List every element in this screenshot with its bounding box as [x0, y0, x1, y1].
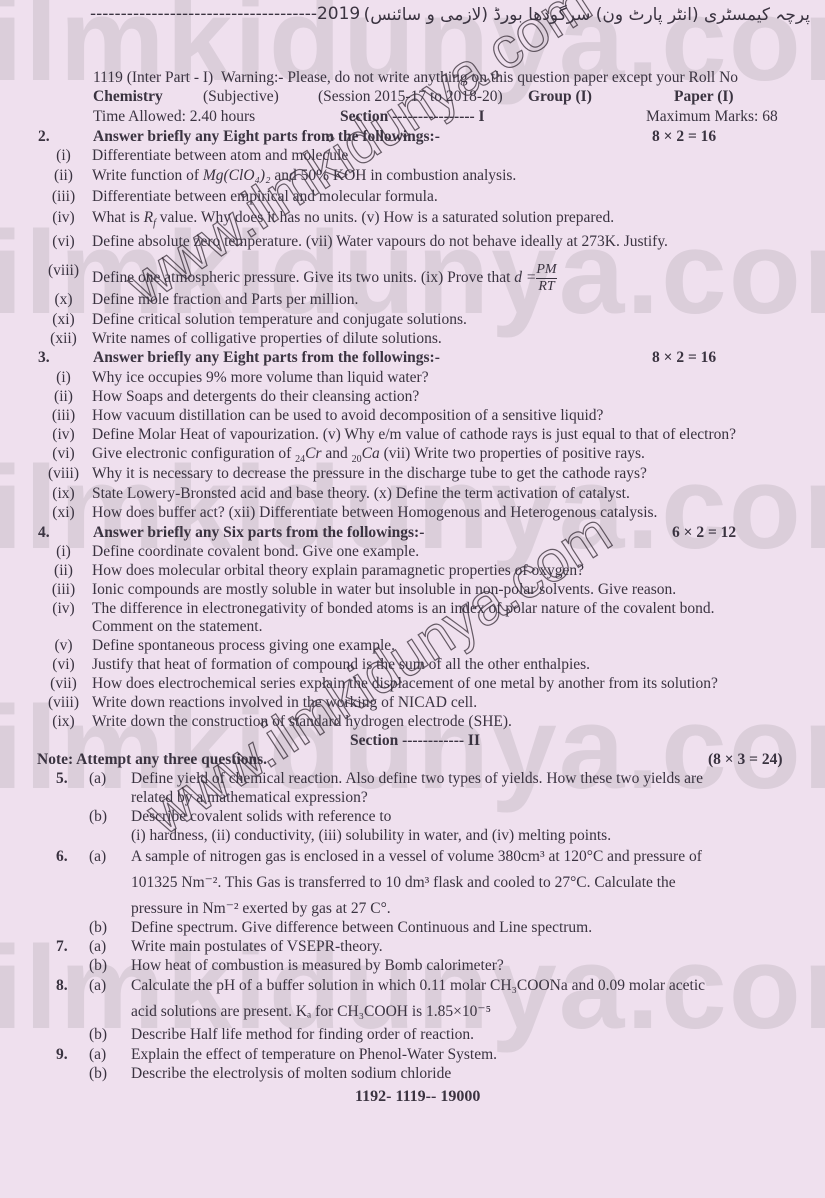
atomic-number: 24 — [295, 454, 305, 465]
section-marks: (8 × 3 = 24) — [708, 751, 783, 769]
long-part-label: (b) — [89, 1065, 107, 1083]
long-part-text: Describe Half life method for finding or… — [131, 1026, 474, 1044]
long-part-label: (b) — [89, 957, 107, 975]
long-part-text: Calculate the pH of a buffer solution in… — [131, 977, 705, 995]
part-text: Ionic compounds are mostly soluble in wa… — [92, 581, 676, 599]
question-number: 3. — [38, 349, 50, 367]
long-part-label: (a) — [89, 938, 106, 956]
part-label: (vi) — [36, 445, 91, 463]
part-label: (iii) — [36, 188, 91, 206]
long-part-text: Describe the electrolysis of molten sodi… — [131, 1065, 451, 1083]
paper-code-line: 1119 (Inter Part - I) Warning:- Please, … — [93, 69, 738, 87]
atomic-number: 20 — [352, 454, 362, 465]
long-part-label: (a) — [89, 977, 106, 995]
part-label: (xi) — [36, 504, 91, 522]
part-text: State Lowery-Bronsted acid and base theo… — [92, 485, 630, 503]
part-text: How does buffer act? (xii) Differentiate… — [92, 504, 657, 522]
part-text: Justify that heat of formation of compou… — [92, 656, 590, 674]
long-part-text: Define spectrum. Give difference between… — [131, 919, 592, 937]
part-text: Define absolute zero temperature. (vii) … — [92, 233, 668, 251]
part-label: (viii) — [36, 262, 91, 280]
paper-code: 1119 (Inter Part - I) — [93, 69, 213, 86]
long-part-label: (b) — [89, 808, 107, 826]
question-heading: Answer briefly any Eight parts from the … — [93, 349, 440, 367]
question-marks: 8 × 2 = 16 — [652, 128, 716, 146]
part-text: Write names of colligative properties of… — [92, 330, 442, 348]
part-label: (ii) — [36, 167, 91, 185]
part-text: Define critical solution temperature and… — [92, 311, 467, 329]
long-part-text: Describe covalent solids with reference … — [131, 808, 391, 826]
density-fraction: PMRT — [536, 262, 556, 295]
section-one-title: Section ---------------- I — [340, 108, 485, 126]
exam-paper-page: ilmkidunya.com ilmkidunya.com ilmkidunya… — [0, 0, 825, 1198]
part-text: Define Molar Heat of vapourization. (v) … — [92, 426, 736, 444]
long-part-label: (a) — [89, 848, 106, 866]
long-question-number: 7. — [56, 938, 68, 956]
long-part-text: related by a mathematical expression? — [131, 789, 368, 807]
question-number: 4. — [38, 524, 50, 542]
warning-text: Warning:- Please, do not write anything … — [221, 69, 738, 86]
question-heading: Answer briefly any Eight parts from the … — [93, 128, 440, 146]
part-label: (iii) — [36, 407, 91, 425]
long-part-text: acid solutions are present. Kₐ for CH₃CO… — [131, 1002, 491, 1021]
part-text: What is Rf value. Why does it has no uni… — [92, 209, 614, 229]
long-question-number: 9. — [56, 1046, 68, 1064]
part-label: (vi) — [36, 656, 91, 674]
part-text: Write function of Mg(ClO₄)₂ and 50% KOH … — [92, 167, 516, 185]
part-label: (iii) — [36, 581, 91, 599]
part-label: (vii) — [36, 675, 91, 693]
element-symbol: Cr — [305, 445, 321, 462]
footer-code: 1192- 1119-- 19000 — [355, 1088, 480, 1106]
part-label: (ii) — [36, 562, 91, 580]
question-heading: Answer briefly any Six parts from the fo… — [93, 524, 424, 542]
long-part-text: A sample of nitrogen gas is enclosed in … — [131, 848, 702, 866]
rf-symbol: Rf — [144, 209, 156, 226]
paper-type: (Subjective) — [203, 88, 279, 106]
part-label: (i) — [36, 369, 91, 387]
part-text: The difference in electronegativity of b… — [92, 600, 715, 618]
part-label: (ii) — [36, 388, 91, 406]
part-label: (i) — [36, 147, 91, 165]
element-symbol: Ca — [362, 445, 380, 462]
long-part-text: Define yield of chemical reaction. Also … — [131, 770, 703, 788]
question-marks: 6 × 2 = 12 — [672, 524, 736, 542]
part-text: Define mole fraction and Parts per milli… — [92, 291, 358, 309]
long-part-text: Write main postulates of VSEPR-theory. — [131, 938, 383, 956]
long-part-text: How heat of combustion is measured by Bo… — [131, 957, 504, 975]
urdu-title: پرچہ کیمسٹری (انٹر پارٹ ون) سرگودھا بورڈ… — [364, 4, 810, 25]
subject: Chemistry — [93, 88, 163, 106]
part-text: Give electronic configuration of 24Cr an… — [92, 445, 645, 465]
part-text: Define coordinate covalent bond. Give on… — [92, 543, 419, 561]
part-label: (iv) — [36, 426, 91, 444]
formula-lhs: d = — [514, 269, 536, 286]
part-label: (viii) — [36, 465, 91, 483]
part-text: How does molecular orbital theory explai… — [92, 562, 584, 580]
part-text: How Soaps and detergents do their cleans… — [92, 388, 419, 406]
session: (Session 2015-17 to 2018-20) — [318, 88, 503, 106]
fraction-numerator: PM — [536, 262, 556, 279]
chemical-formula: Mg(ClO₄)₂ — [203, 167, 271, 184]
part-label: (xii) — [36, 330, 91, 348]
part-text: Why it is necessary to decrease the pres… — [92, 465, 647, 483]
part-text-continued: Comment on the statement. — [92, 618, 262, 636]
part-label: (ix) — [36, 485, 91, 503]
paper-number: Paper (I) — [674, 88, 734, 106]
long-part-text: 101325 Nm⁻². This Gas is transferred to … — [131, 873, 676, 892]
group: Group (I) — [528, 88, 592, 106]
long-part-text: pressure in Nm⁻² exerted by gas at 27 C°… — [131, 899, 391, 918]
part-label: (viii) — [36, 694, 91, 712]
long-part-label: (b) — [89, 1026, 107, 1044]
part-label: (iv) — [36, 209, 91, 227]
long-part-label: (b) — [89, 919, 107, 937]
part-label: (xi) — [36, 311, 91, 329]
part-text: Write down reactions involved in the wor… — [92, 694, 477, 712]
section-two-title: Section ------------ II — [350, 732, 480, 750]
part-text: How vacuum distillation can be used to a… — [92, 407, 603, 425]
header-year: 2019 — [317, 4, 360, 24]
part-text: Differentiate between atom and molecule — [92, 147, 348, 165]
question-marks: 8 × 2 = 16 — [652, 349, 716, 367]
max-marks: Maximum Marks: 68 — [646, 108, 778, 126]
long-part-label: (a) — [89, 1046, 106, 1064]
part-label: (iv) — [36, 600, 91, 618]
part-text: Write down the construction of standard … — [92, 713, 512, 731]
long-part-text: Explain the effect of temperature on Phe… — [131, 1046, 497, 1064]
long-question-number: 5. — [56, 770, 68, 788]
part-text: Why ice occupies 9% more volume than liq… — [92, 369, 429, 387]
part-text: How does electrochemical series explain … — [92, 675, 718, 693]
long-part-text: (i) hardness, (ii) conductivity, (iii) s… — [131, 827, 611, 845]
part-label: (i) — [36, 543, 91, 561]
part-label: (v) — [36, 637, 91, 655]
long-question-number: 6. — [56, 848, 68, 866]
rf-subscript: f — [153, 218, 156, 229]
long-part-label: (a) — [89, 770, 106, 788]
section-note: Note: Attempt any three questions. — [37, 751, 267, 769]
part-label: (x) — [36, 291, 91, 309]
fraction-denominator: RT — [536, 279, 556, 295]
question-number: 2. — [38, 128, 50, 146]
part-text: Differentiate between empirical and mole… — [92, 188, 438, 206]
header-dashes: ------------------------------------- — [90, 4, 317, 24]
urdu-header: -------------------------------------201… — [90, 4, 810, 24]
time-allowed: Time Allowed: 2.40 hours — [93, 108, 255, 126]
long-question-number: 8. — [56, 977, 68, 995]
part-text: Define spontaneous process giving one ex… — [92, 637, 395, 655]
part-label: (ix) — [36, 713, 91, 731]
part-label: (vi) — [36, 233, 91, 251]
